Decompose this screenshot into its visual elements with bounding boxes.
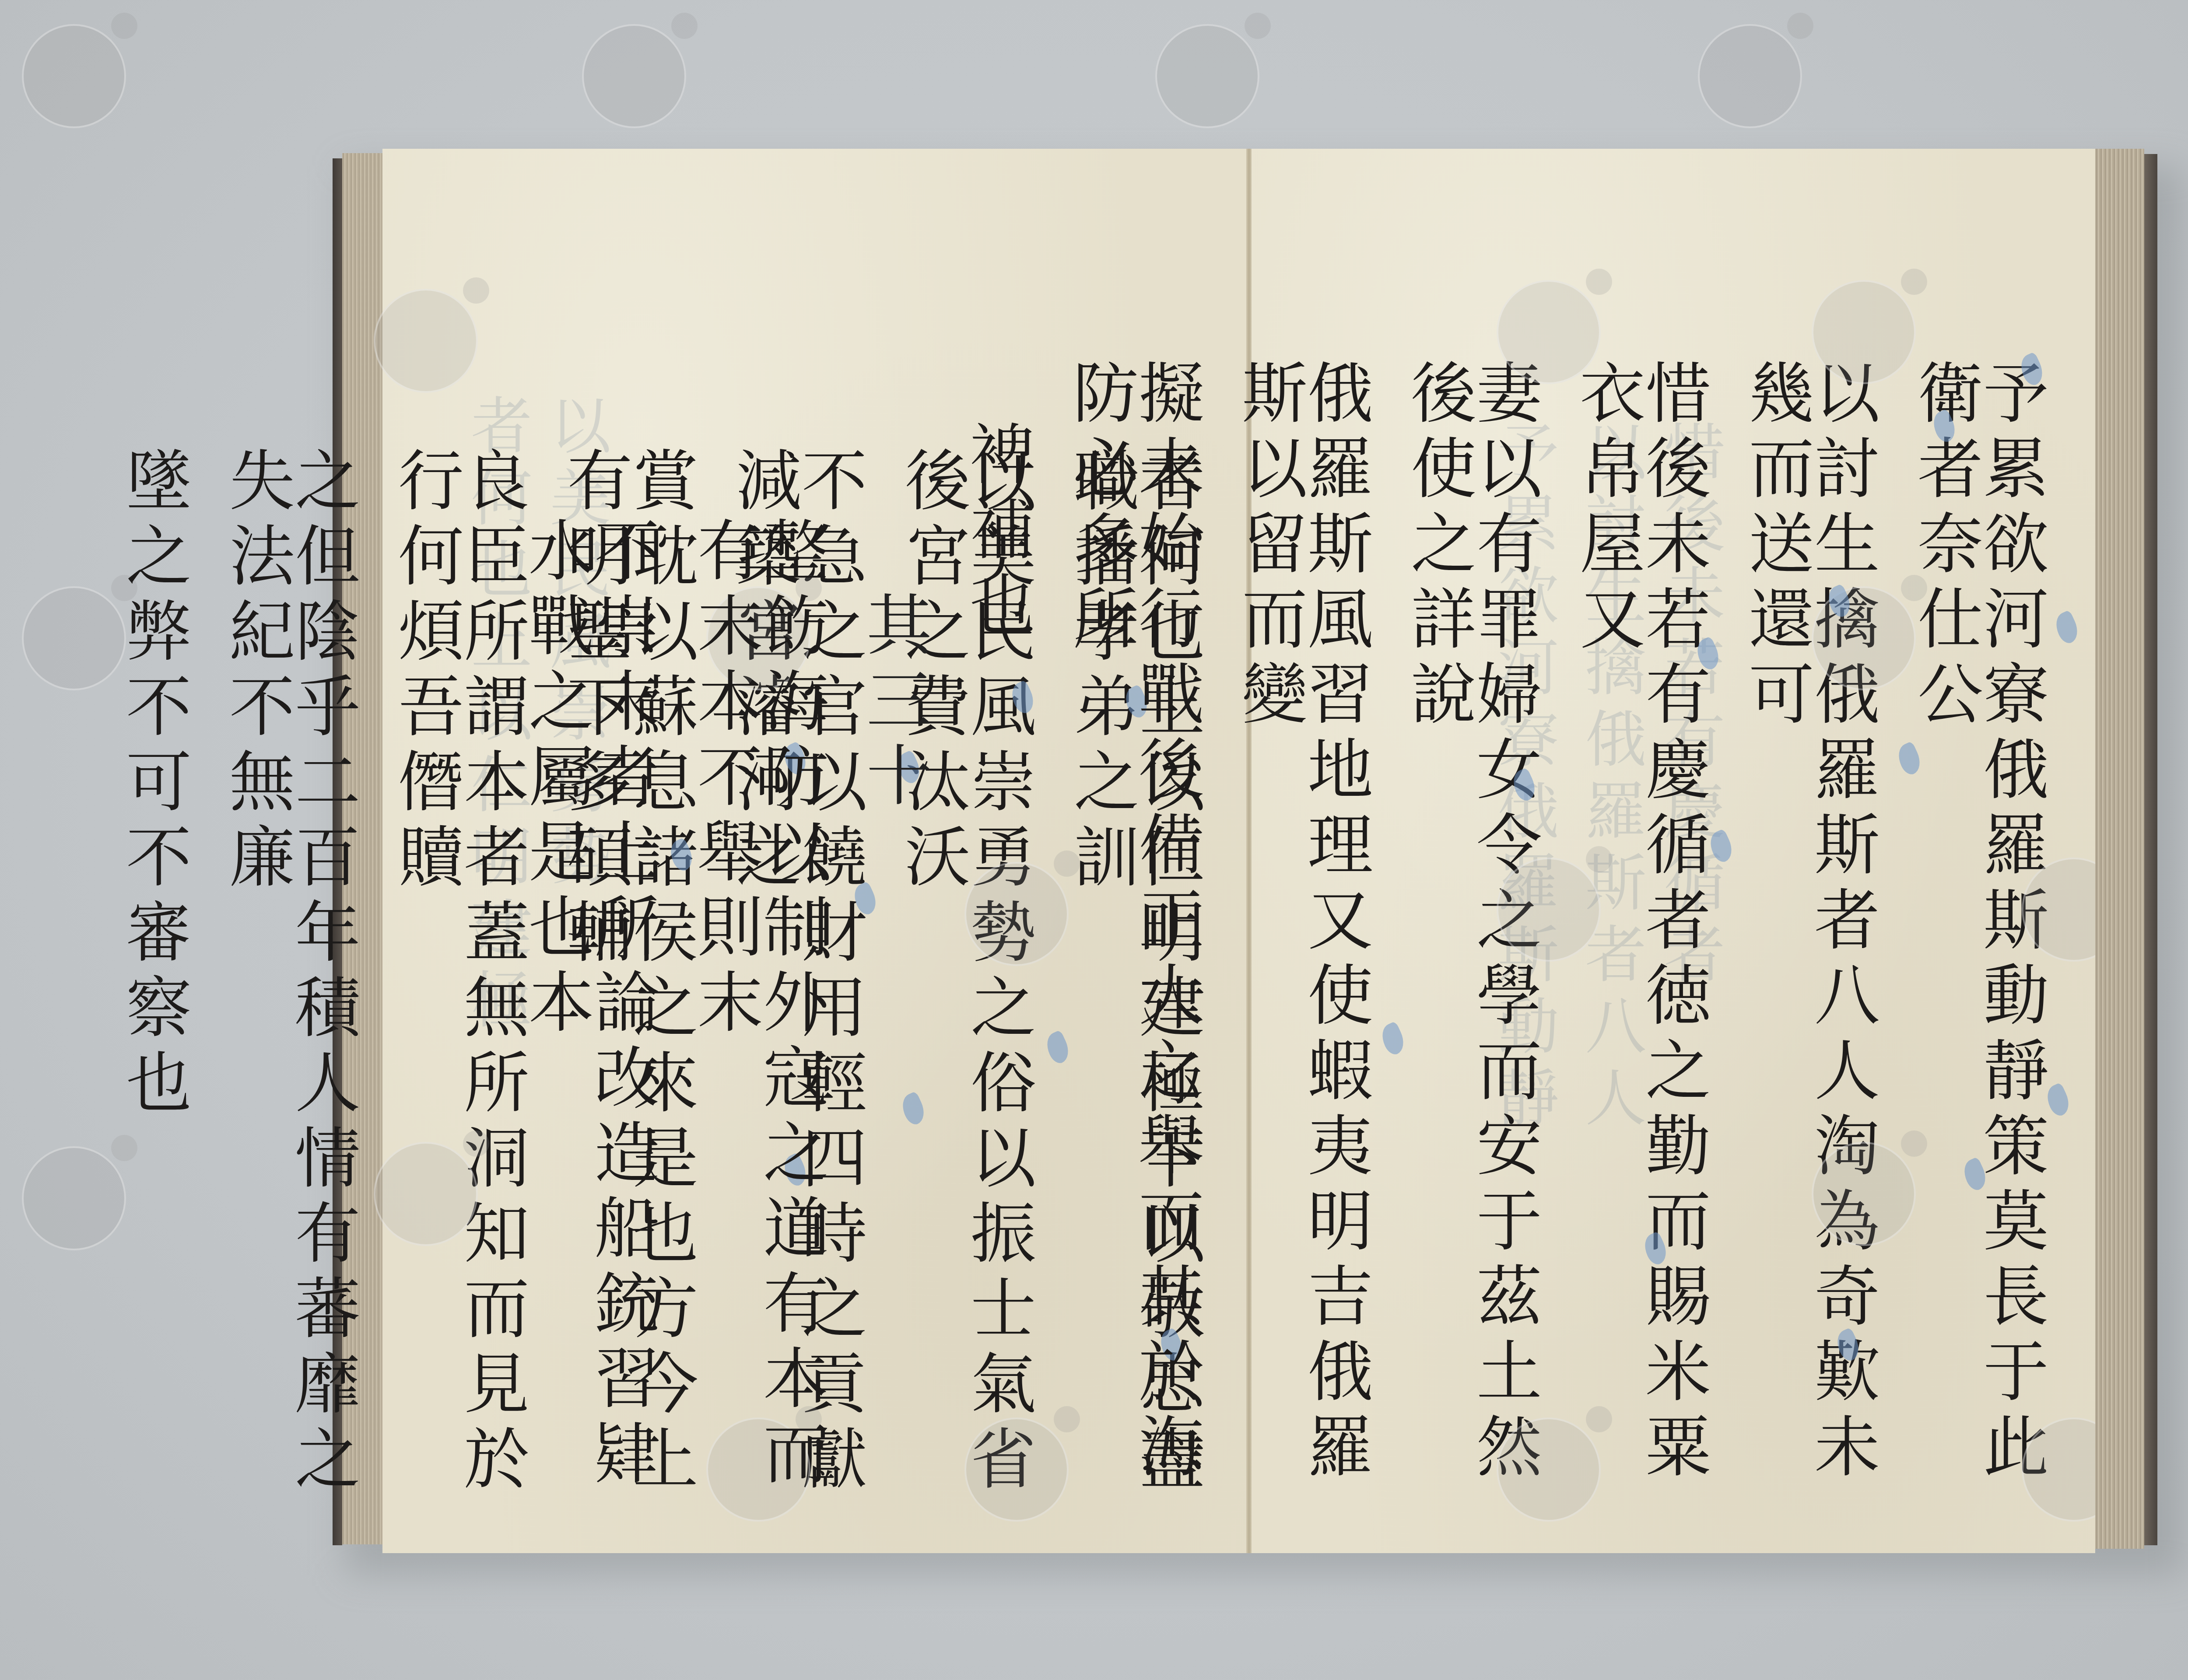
watermark-logo-icon	[1812, 280, 1916, 384]
text-column: 裨補也	[964, 420, 1029, 646]
section-heading: 其三十	[860, 591, 926, 816]
book-cover-right-edge	[2144, 154, 2157, 1545]
watermark-logo-icon	[1812, 586, 1916, 690]
watermark-logo-icon	[1812, 1142, 1916, 1246]
text-column: 擬未始行戰後備正大之舉而其於海防必多所	[1067, 359, 1198, 1553]
open-book: 者何也上以仁明建極 以美民風崇勇勢 者何也上以仁明建極下以敬忠盡職播孝弟之訓 以…	[333, 149, 2170, 1557]
watermark-logo-icon	[374, 289, 478, 393]
watermark-logo-icon	[1497, 280, 1601, 384]
text-column: 墜之弊不可不審察也	[120, 446, 186, 1123]
watermark-logo-icon	[1497, 1417, 1601, 1522]
right-page: 予累欲河寮俄羅斯動靜 以討生擒俄羅斯者八人 惜後未若有慶循者 予累欲河寮俄羅斯動…	[1252, 149, 2095, 1553]
text-column: 妻以有罪婦女令之學而安于茲土然後使之詳說	[1405, 359, 1536, 1553]
watermark-logo-icon	[582, 24, 686, 128]
right-page-text: 予累欲河寮俄羅斯動靜策莫長于此衛者奈仕公 以討生擒俄羅斯者八人淘為奇歎未幾而送還…	[485, 359, 2043, 1553]
text-column: 之但陰乎二百年積人情有蕃靡之失法紀不無廉	[223, 446, 354, 1553]
watermark-logo-icon	[374, 1142, 478, 1246]
watermark-logo-icon	[22, 24, 126, 128]
text-column: 不崇末者上所論改造船銃習肄水戰之屬是也本	[522, 516, 654, 1553]
text-column: 予累欲河寮俄羅斯動靜策莫長于此衛者奈仕公	[1911, 359, 2043, 1553]
text-column: 以討生擒俄羅斯者八人淘為奇歎未幾而送還可	[1743, 359, 1874, 1553]
watermark-logo-icon	[1497, 857, 1601, 962]
text-column: 整飭海防以制外寇之道有本而有末本不舉則末	[691, 516, 823, 1553]
text-column: 俄羅斯風習地理又使蝦夷明吉俄羅斯以留而變	[1236, 359, 1367, 1553]
correction-mark	[2051, 610, 2082, 646]
text-column: 惜後未若有慶循者徳之勤而賜米粟衣帛屋又	[1574, 359, 1705, 1553]
watermark-logo-icon	[1698, 24, 1802, 128]
watermark-logo-icon	[1155, 24, 1259, 128]
page-stack-right	[2095, 149, 2144, 1549]
